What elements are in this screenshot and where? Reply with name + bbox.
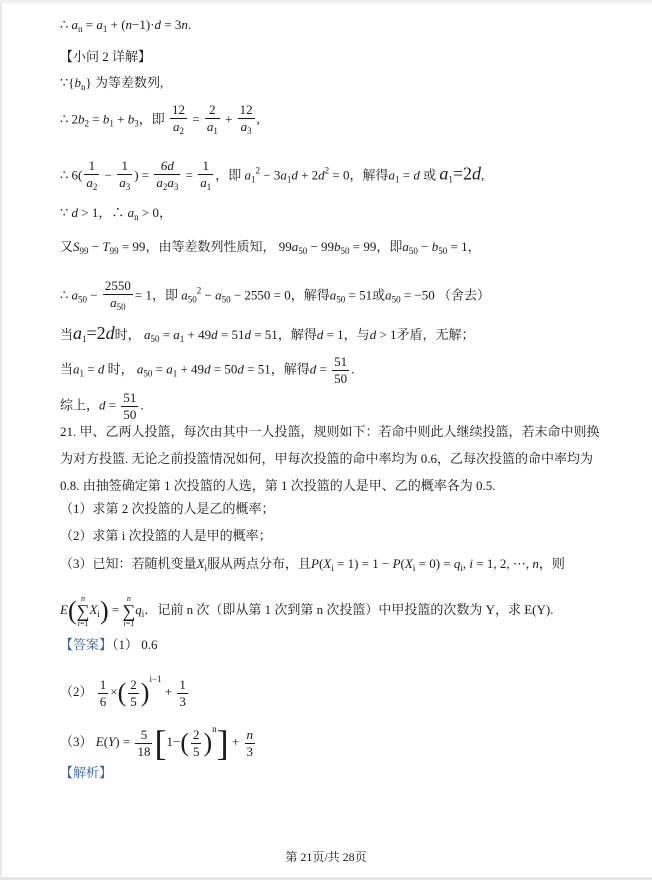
formula-2b2: ∴ 2b2 = b1 + b3，即 12a2 = 2a1 + 12a3, — [60, 102, 260, 139]
fraction: 1a3 — [117, 158, 132, 195]
answer-1: 【答案】（1） 0.6 — [60, 636, 158, 654]
problem-text: 甲、乙两人投篮，每次由其中一人投篮，规则如下：若命中则此人继续投篮，若末命中则换… — [60, 424, 600, 493]
connector-text: 又 — [60, 239, 73, 254]
answer-3-lead: （3） — [60, 734, 93, 749]
connector-text: 或 — [372, 287, 385, 302]
page-footer: 第 21页/共 28页 — [0, 848, 652, 865]
formula-an: ∴ an = a1 + (n−1)·d = 3n. — [60, 16, 191, 38]
fraction: 6da2a3 — [154, 158, 180, 195]
q3-line2-text: ．记前 n 次（即从第 1 次到第 n 次投篮）中甲投篮的次数为 Y，求 E(Y… — [144, 602, 553, 617]
fraction: 25 — [128, 677, 139, 710]
connector-text: 或 — [423, 167, 436, 182]
fraction: 12a2 — [170, 102, 187, 139]
connector-text: ，解得 — [278, 327, 317, 342]
fraction: 5150 — [332, 354, 349, 387]
connector-text: ，由等差数列性质知， — [145, 239, 275, 254]
sum-difference-statement: 又S99 − T99 = 99，由等差数列性质知， 99a50 − 99b50 … — [60, 238, 481, 260]
question-3-line1: （3）已知：若随机变量Xi服从两点分布，且P(Xi = 1) = 1 − P(X… — [60, 555, 565, 577]
connector-text: 当 — [60, 361, 73, 376]
page-edge-top — [0, 0, 652, 3]
case-a1-d: 当a1 = d 时， a50 = a1 + 49d = 50d = 51，解得d… — [60, 354, 354, 387]
fraction: 518 — [135, 727, 152, 760]
bn-arithmetic-statement: ∵{bn} 为等差数列, — [60, 74, 163, 96]
analysis-label: 【解析】 — [60, 764, 112, 782]
connector-text: ，与 — [344, 327, 370, 342]
fraction: 25 — [191, 727, 202, 760]
answer-2: （2） 16×(25)i−1 + 13 — [60, 670, 190, 710]
statement-text: 为等差数列, — [95, 75, 163, 90]
connector-text: 矛盾，无解； — [397, 327, 475, 342]
fraction: n3 — [245, 727, 256, 760]
section-heading: 【小问 2 详解】 — [60, 48, 151, 66]
connector-text: ，解得 — [271, 361, 310, 376]
answer-label: 【答案】 — [60, 637, 112, 652]
connector-text: 时， — [108, 361, 134, 376]
formula-6-fractions: ∴ 6(1a2 − 1a3) = 6da2a3 = 1a1，即 a12 − 3a… — [60, 158, 484, 195]
a50-quadratic: ∴ a50 − 2550a50= 1，即 a502 − a50 − 2550 =… — [60, 278, 490, 315]
case-a1-2d: 当a1=2d时， a50 = a1 + 49d = 51d = 51，解得d =… — [60, 324, 475, 348]
question-3-line2: E(n∑i=1Xi) = n∑i=1qi．记前 n 次（即从第 1 次到第 n … — [60, 594, 553, 628]
connector-text: ，即 — [376, 239, 402, 254]
answer-3: （3） E(Y) = 518[1−(25)n] + n3 — [60, 720, 257, 760]
connector-text: ，即 — [139, 111, 165, 126]
connector-text: ，即 — [215, 167, 241, 182]
question-1: （1）求第 2 次投篮的人是乙的概率； — [60, 500, 275, 518]
connector-text: ，解得 — [350, 167, 389, 182]
q3-lead: （3）已知：若随机变量 — [60, 556, 197, 571]
fraction: 13 — [177, 677, 188, 710]
connector-text: 时， — [115, 327, 141, 342]
fraction: 2550a50 — [103, 278, 133, 315]
note-text: （舍去） — [438, 287, 490, 302]
connector-text: ，解得 — [291, 287, 330, 302]
fraction: 2a1 — [205, 102, 220, 139]
answer-1-text: （1） 0.6 — [112, 637, 158, 652]
d-positive-statement: ∵ d > 1，∴ an > 0， — [60, 204, 172, 226]
problem-number: 21. — [60, 424, 76, 439]
fraction: 12a3 — [238, 102, 255, 139]
page-edge-left — [0, 0, 2, 880]
fraction: 16 — [98, 677, 109, 710]
connector-text: 综上， — [60, 397, 99, 412]
fraction: 1a1 — [198, 158, 213, 195]
connector-text: ，即 — [152, 287, 178, 302]
q3-mid: 服从两点分布，且 — [207, 556, 311, 571]
answer-2-lead: （2） — [60, 684, 93, 699]
connector-text: 当 — [60, 327, 73, 342]
fraction: 1a2 — [84, 158, 99, 195]
question-2: （2）求第 i 次投篮的人是甲的概率； — [60, 527, 272, 545]
q3-end: ，则 — [539, 556, 565, 571]
problem-21-statement: 21. 甲、乙两人投篮，每次由其中一人投篮，规则如下：若命中则此人继续投篮，若末… — [60, 418, 600, 499]
